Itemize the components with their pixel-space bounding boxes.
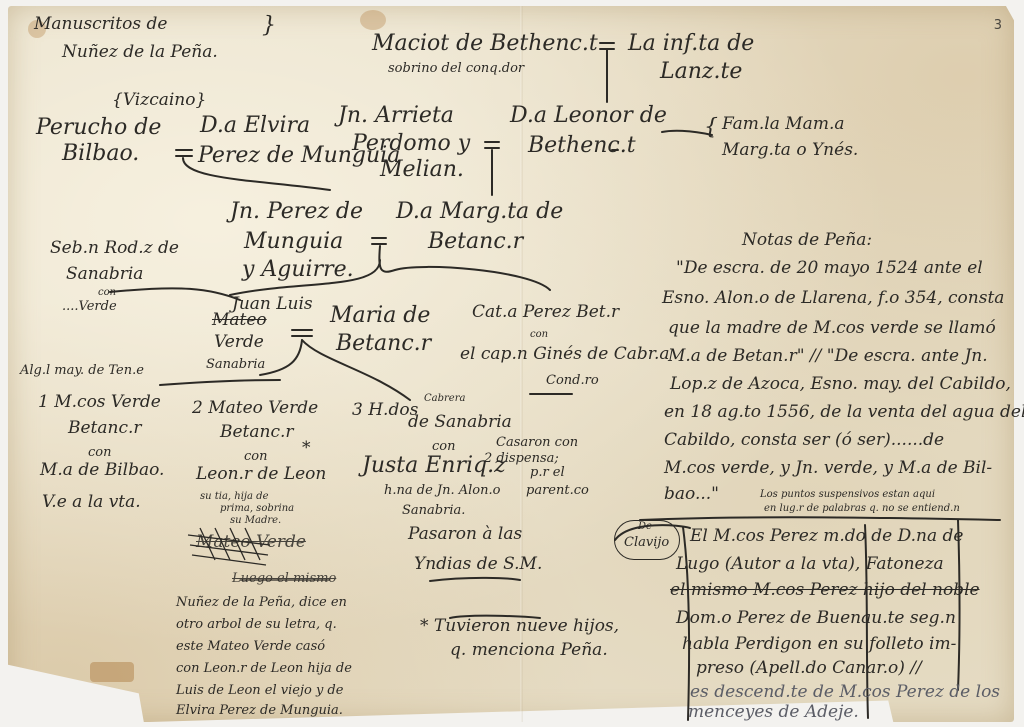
child3-married-note-3: p.r el [530,466,565,480]
child3-superscript: Cabrera [424,394,465,405]
siblings-line-1: Fam.la Mam.a [722,116,844,134]
child3-married-note-1: Casaron con [496,436,578,450]
manuscript-title-line-2: Nuñez de la Peña. [62,44,218,62]
notas-line-1: "De escra. de 20 mayo 1524 ante el [676,260,983,278]
sebastian-line-4: ....Verde [62,300,117,314]
notas-line-8: M.cos verde, y Jn. verde, y M.a de Bil- [664,460,992,478]
child2-line-3: con [244,450,267,464]
vizcaino-text: Vizcaino [123,90,196,110]
elvira-line-1: D.a Elvira [200,114,310,137]
notas-footnote-1: Los puntos suspensivos estan aqui [760,490,935,501]
nunez-note-line-2: otro arbol de su letra, q. [176,618,337,632]
child2-line-2: Betanc.r [220,424,294,442]
page-number: 3 [994,18,1002,33]
infanta-line-1: La inf.ta de [628,32,754,55]
notas-line-3: que la madre de M.cos verde se llamó [668,320,996,338]
child3-line-7: Pasaron à las [408,526,522,544]
star-note-line-2: q. menciona Peña. [450,642,608,660]
clavijo-line-4: Dom.o Perez de Buenau.te seg.n [676,610,956,628]
child1-line-5: V.e a la vta. [42,494,141,512]
catalina-line-2: con [530,330,548,341]
clavijo-pencil-line-2: menceyes de Adeje. [688,704,859,722]
catalina-line-3: el cap.n Ginés de Cabr.a [460,346,670,364]
juan-luis-line-3: Verde [214,334,264,352]
child2-line-6: prima, sobrina [220,504,294,515]
child3-line-5: h.na de Jn. Alon.o [384,484,500,498]
maria-line-1: Maria de [330,304,430,327]
notas-footnote-2: en lug.r de palabras q. no se entiend.n [764,504,960,515]
juan-perez-line-2: Munguia [244,230,343,253]
catalina-line-4: Cond.ro [546,374,599,388]
clavijo-line-5: habla Perdigon en su folleto im- [682,636,956,654]
leonor-line-1: D.a Leonor de [510,104,667,127]
child1-line-1: 1 M.cos Verde [38,394,161,412]
notas-line-2: Esno. Alon.o de Llarena, f.o 354, consta [662,290,1004,308]
child2-name: Mateo Verde [208,398,318,418]
maciot-note: sobrino del conq.dor [388,62,524,76]
nunez-note-line-5: Luis de Leon el viejo y de [176,684,343,698]
maria-line-2: Betanc.r [336,332,431,355]
child3-line-2: de Sanabria [408,414,512,432]
clavijo-line-1: El M.cos Perez m.do de D.na de [690,528,963,546]
nunez-note-line-4: con Leon.r de Leon hija de [176,662,352,676]
sebastian-line-1: Seb.n Rod.z de [50,240,179,258]
child2-line-4: Leon.r de Leon [196,466,326,484]
siblings-brace: { [704,116,718,139]
nunez-note-line-3: este Mateo Verde casó [176,640,325,654]
star-note-line-1: * Tuvieron nueve hijos, [420,618,619,636]
child2-line-7: su Madre. [230,516,281,527]
arrieta-line-1: Jn. Arrieta [338,104,454,127]
alguacil-mayor-label: Alg.l may. de Ten.e [20,364,144,378]
infanta-line-2: Lanz.te [660,60,742,83]
notas-line-4: M.a de Betan.r" // "De escra. ante Jn. [668,348,988,366]
perucho-line-2: Bilbao. [62,142,139,165]
child3-number: 3 [352,400,363,420]
child3-line-8: Yndias de S.M. [414,556,542,574]
asterisk-mark: * [420,616,429,636]
catalina-line-1: Cat.a Perez Bet.r [472,304,619,322]
manuscript-title-line-1: Manuscritos de [34,16,167,34]
child1-line-4: M.a de Bilbao. [40,462,164,480]
child3-line-6: Sanabria. [402,504,465,518]
notas-line-5: Lop.z de Azoca, Esno. may. del Cabildo, [670,376,1011,394]
sebastian-line-2: Sanabria [66,266,143,284]
arrieta-line-2: Perdomo y [352,132,470,155]
star-note-text: Tuvieron nueve hijos, [434,616,619,636]
child1-line-3: con [88,446,111,460]
child2-number: 2 [192,398,203,418]
child3-married-note-2: 2 dispensa; [484,452,559,466]
child1-name: M.cos Verde [54,392,161,412]
margarita-line-2: Betanc.r [428,230,523,253]
notas-line-7: Cabildo, consta ser (ó ser)......de [664,432,944,450]
margarita-line-1: D.a Marg.ta de [396,200,563,223]
leonor-line-2: Bethenc.t [528,134,636,157]
arrieta-line-3: Melian. [380,158,464,181]
juan-luis-struck-name: Mateo [212,312,267,330]
sebastian-line-3: con [98,288,116,299]
title-brace: } [262,14,276,37]
notas-line-9: bao..." [664,486,719,504]
vizcaino-label: {Vizcaino} [112,92,206,110]
child1-number: 1 [38,392,49,412]
clavijo-line-6: preso (Apell.do Canar.o) // [696,660,922,678]
siblings-line-2: Marg.ta o Ynés. [722,142,858,160]
juan-perez-line-3: y Aguirre. [242,258,354,281]
clavijo-label-2: Clavijo [624,536,669,550]
nunez-note-line-1: Nuñez de la Peña, dice en [176,596,347,610]
juan-perez-line-1: Jn. Perez de [230,200,363,223]
nunez-note-line-6: Elvira Perez de Munguia. [176,704,343,718]
child2-line-1: 2 Mateo Verde [192,400,318,418]
clavijo-line-2: Lugo (Autor a la vta), Fatoneza [676,556,944,574]
juan-luis-line-4: Sanabria [206,358,265,372]
child2-line-5: su tia, hija de [200,492,269,503]
clavijo-pencil-line-1: es descend.te de M.cos Perez de los [690,684,1000,702]
child1-line-2: Betanc.r [68,420,142,438]
child3-married-note-4: parent.co [526,484,589,498]
ink-stain [360,10,386,30]
water-stain [90,662,134,682]
maciot-name: Maciot de Bethenc.t [372,32,598,55]
struck-text-2: Luego el mismo [232,572,336,586]
struck-text-1: Mateo Verde [196,534,306,552]
child3-line-3: con [432,440,455,454]
child2-star: * [302,440,311,458]
notas-heading: Notas de Peña: [742,232,872,250]
perucho-line-1: Perucho de [36,116,161,139]
notas-line-6: en 18 ag.to 1556, de la venta del agua d… [664,404,1024,422]
clavijo-label-1: De [638,522,652,533]
clavijo-line-3: el mismo M.cos Perez hijo del noble [670,582,980,600]
